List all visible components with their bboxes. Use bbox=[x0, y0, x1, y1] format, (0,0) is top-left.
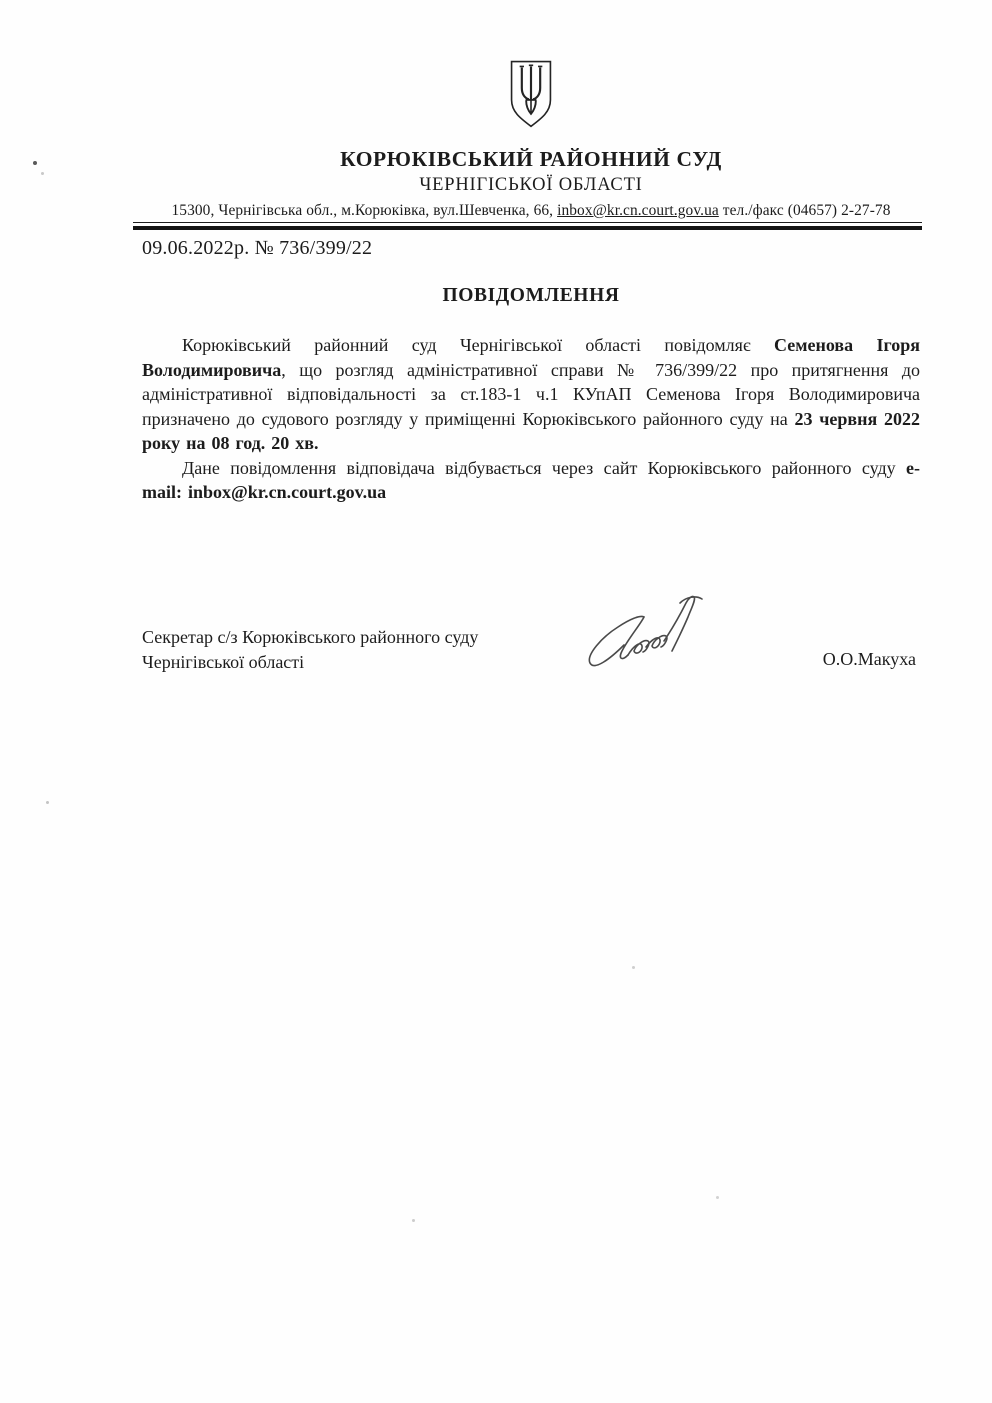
letterhead: КОРЮКІВСЬКИЙ РАЙОННИЙ СУД ЧЕРНІГІСЬКОЇ О… bbox=[142, 58, 920, 230]
paragraph-text: Корюківський районний суд Чернігівської … bbox=[182, 335, 774, 355]
reference-line: 09.06.2022р. № 736/399/22 bbox=[142, 237, 920, 260]
scan-speck bbox=[412, 1219, 415, 1222]
court-region: ЧЕРНІГІСЬКОЇ ОБЛАСТІ bbox=[142, 174, 920, 196]
scan-speck bbox=[46, 801, 49, 804]
signer-role-line-1: Секретар с/з Корюківського районного суд… bbox=[142, 625, 478, 650]
document-title: ПОВІДОМЛЕННЯ bbox=[142, 285, 920, 307]
signature-block: Секретар с/з Корюківського районного суд… bbox=[142, 603, 920, 713]
letterhead-divider bbox=[133, 222, 922, 230]
ukraine-trident-emblem-icon bbox=[504, 58, 558, 137]
address-phone-text: тел./факс (04657) 2-27-78 bbox=[719, 202, 891, 219]
signer-role-line-2: Чернігівської області bbox=[142, 650, 478, 675]
body-paragraph-2: Дане повідомлення відповідача відбуваєть… bbox=[142, 456, 920, 505]
body-paragraph-1: Корюківський районний суд Чернігівської … bbox=[142, 333, 920, 456]
handwritten-signature-icon bbox=[580, 589, 712, 690]
scanned-document-page: КОРЮКІВСЬКИЙ РАЙОННИЙ СУД ЧЕРНІГІСЬКОЇ О… bbox=[0, 0, 992, 1403]
signer-name: О.О.Макуха bbox=[823, 649, 916, 670]
court-name: КОРЮКІВСЬКИЙ РАЙОННИЙ СУД bbox=[142, 147, 920, 172]
address-line: 15300, Чернігівська обл., м.Корюківка, в… bbox=[142, 202, 920, 220]
scan-speck bbox=[632, 966, 635, 969]
court-email-text: inbox@kr.cn.court.gov.ua bbox=[557, 202, 719, 219]
letter-content: КОРЮКІВСЬКИЙ РАЙОННИЙ СУД ЧЕРНІГІСЬКОЇ О… bbox=[0, 0, 992, 713]
address-text: 15300, Чернігівська обл., м.Корюківка, в… bbox=[171, 202, 557, 219]
scan-speck bbox=[716, 1196, 719, 1199]
paragraph-text: Дане повідомлення відповідача відбуваєть… bbox=[182, 458, 906, 478]
signer-role: Секретар с/з Корюківського районного суд… bbox=[142, 625, 478, 675]
